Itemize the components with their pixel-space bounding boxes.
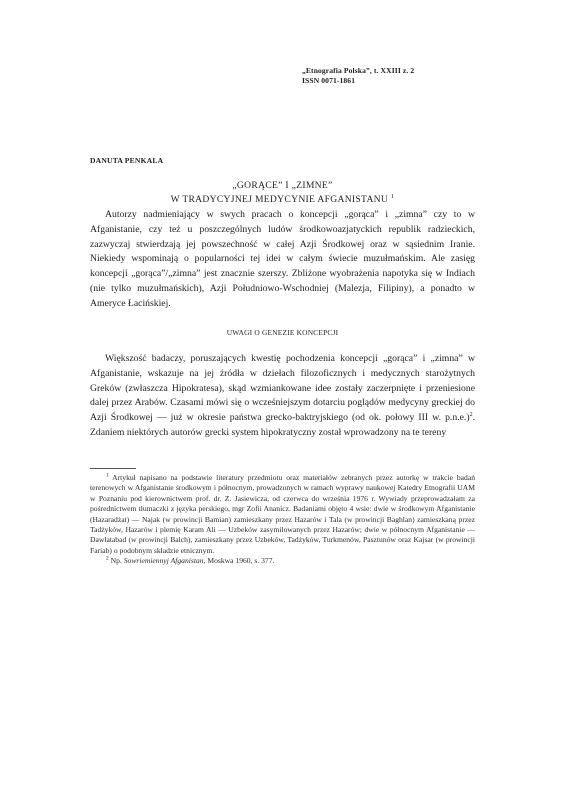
paragraph-2-text-a: Większość badaczy, poruszających kwestię… [90,353,475,423]
paragraph-genesis: Większość badaczy, poruszających kwestię… [90,352,475,441]
footnote-1: 1 Artykuł napisano na podstawie literatu… [90,473,475,556]
title-line-2-text: W TRADYCYJNEJ MEDYCYNIE AFGANISTANU [171,194,389,205]
footnote-divider [90,468,136,469]
footnote-2-title: Sowriemiennyj Afganistan [124,556,204,565]
footnote-1-mark: 1 [106,472,109,478]
title-line-1: „GORĄCE” I „ZIMNE” [90,180,475,191]
journal-header: „Etnografia Polska”, t. XXIII z. 2 ISSN … [302,66,414,86]
footnote-2-suffix: , Moskwa 1960, s. 377. [204,556,275,565]
author-name: DANUTA PENKALA [90,156,163,165]
paragraph-1-text: Autorzy nadmieniający w swych pracach o … [90,208,475,312]
footnotes: 1 Artykuł napisano na podstawie literatu… [90,473,475,567]
title-footnote-mark: 1 [391,193,395,200]
footnote-2: 2 Np. Sowriemiennyj Afganistan, Moskwa 1… [90,556,475,566]
title-line-2: W TRADYCYJNEJ MEDYCYNIE AFGANISTANU 1 [90,191,475,205]
footnote-2-mark: 2 [106,556,109,562]
journal-citation: „Etnografia Polska”, t. XXIII z. 2 [302,66,414,76]
paragraph-intro: Autorzy nadmieniający w swych pracach o … [90,208,475,312]
footnote-2-prefix: Np. [111,556,124,565]
article-title: „GORĄCE” I „ZIMNE” W TRADYCYJNEJ MEDYCYN… [90,180,475,205]
issn: ISSN 0071-1861 [302,76,414,86]
section-heading: UWAGI O GENEZIE KONCEPCJI [90,328,475,337]
footnote-1-text: Artykuł napisano na podstawie literatury… [90,473,475,555]
paragraph-2: Większość badaczy, poruszających kwestię… [90,352,475,441]
